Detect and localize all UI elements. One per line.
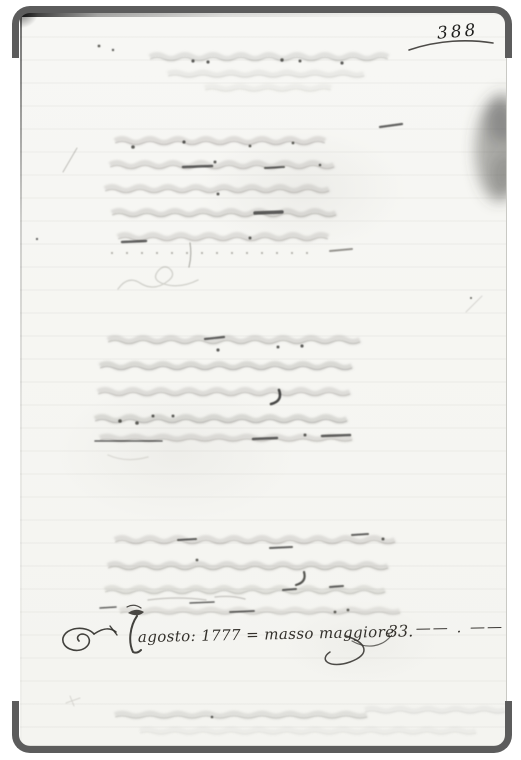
- scan-frame-top-bar: [30, 6, 491, 13]
- scan-frame-corner-bottom-left: [12, 701, 55, 753]
- scan-frame-corner-top-right: [469, 6, 512, 58]
- entry-amount: 33.: [388, 621, 414, 641]
- scan-frame-corner-bottom-right: [469, 701, 512, 753]
- manuscript-page: 388 agosto: 1777 = masso maggiore 33. ——…: [20, 13, 507, 746]
- entry-dash-fill: —— . ——: [416, 617, 505, 637]
- document-scan-view: 388 agosto: 1777 = masso maggiore 33. ——…: [0, 0, 521, 760]
- scan-frame-corner-top-left: [12, 6, 55, 58]
- entry-line: agosto: 1777 = masso maggiore 33. —— . —…: [55, 608, 516, 674]
- entry-text: agosto: 1777 = masso maggiore: [138, 623, 395, 646]
- scan-frame-bottom-bar: [30, 746, 491, 753]
